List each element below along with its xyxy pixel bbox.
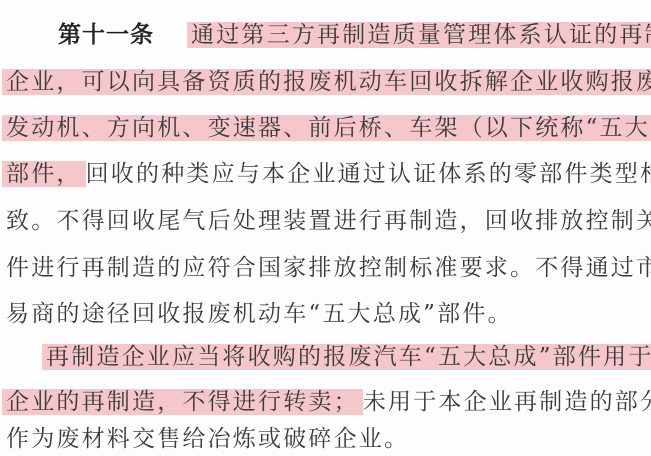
text-line: 易商的途径回收报废机动车“五大总成”部件。: [6, 297, 513, 331]
plain-text: 件进行再制造的应符合国家排放控制标准要求。不得通过市场贸: [6, 255, 651, 281]
text-line: 企业的再制造，不得进行转卖；未用于本企业再制造的部分，应: [2, 385, 651, 419]
text-line: 企业，可以向具备资质的报废机动车回收拆解企业收购报废汽车: [2, 65, 651, 99]
paragraph-2-line-1: 再制造企业应当将收购的报废汽车“五大总成”部件用于本: [42, 340, 651, 374]
plain-text: 未用于本企业再制造的部分，应: [363, 389, 651, 415]
text-line: 发动机、方向机、变速器、前后桥、车架（以下统称“五大总成”）: [2, 111, 651, 145]
highlighted-text: 企业，可以向具备资质的报废机动车回收拆解企业收购报废汽车: [2, 69, 651, 95]
text-line: 作为废材料交售给冶炼或破碎企业。: [6, 422, 409, 456]
text-line: 件进行再制造的应符合国家排放控制标准要求。不得通过市场贸: [6, 251, 651, 285]
highlighted-text: 通过第三方再制造质量管理体系认证的再制造: [187, 22, 651, 48]
article-line-1: 第十一条 通过第三方再制造质量管理体系认证的再制造: [58, 18, 651, 52]
text-line: 部件，回收的种类应与本企业通过认证体系的零部件类型相一: [2, 157, 651, 191]
text-line: 致。不得回收尾气后处理装置进行再制造，回收排放控制关键部: [6, 204, 651, 238]
article-label: 第十一条: [58, 22, 154, 48]
plain-text: 回收的种类应与本企业通过认证体系的零部件类型相一: [86, 161, 651, 187]
plain-text: 致。不得回收尾气后处理装置进行再制造，回收排放控制关键部: [6, 208, 651, 234]
plain-text: 易商的途径回收报废机动车“五大总成”部件。: [6, 301, 513, 327]
highlighted-text: 再制造企业应当将收购的报废汽车“五大总成”部件用于本: [42, 344, 651, 370]
plain-text: 作为废材料交售给冶炼或破碎企业。: [6, 426, 409, 452]
highlighted-text: 企业的再制造，不得进行转卖；: [2, 389, 363, 415]
highlighted-text: 发动机、方向机、变速器、前后桥、车架（以下统称“五大总成”）: [2, 115, 651, 141]
highlighted-text: 部件，: [2, 161, 86, 187]
